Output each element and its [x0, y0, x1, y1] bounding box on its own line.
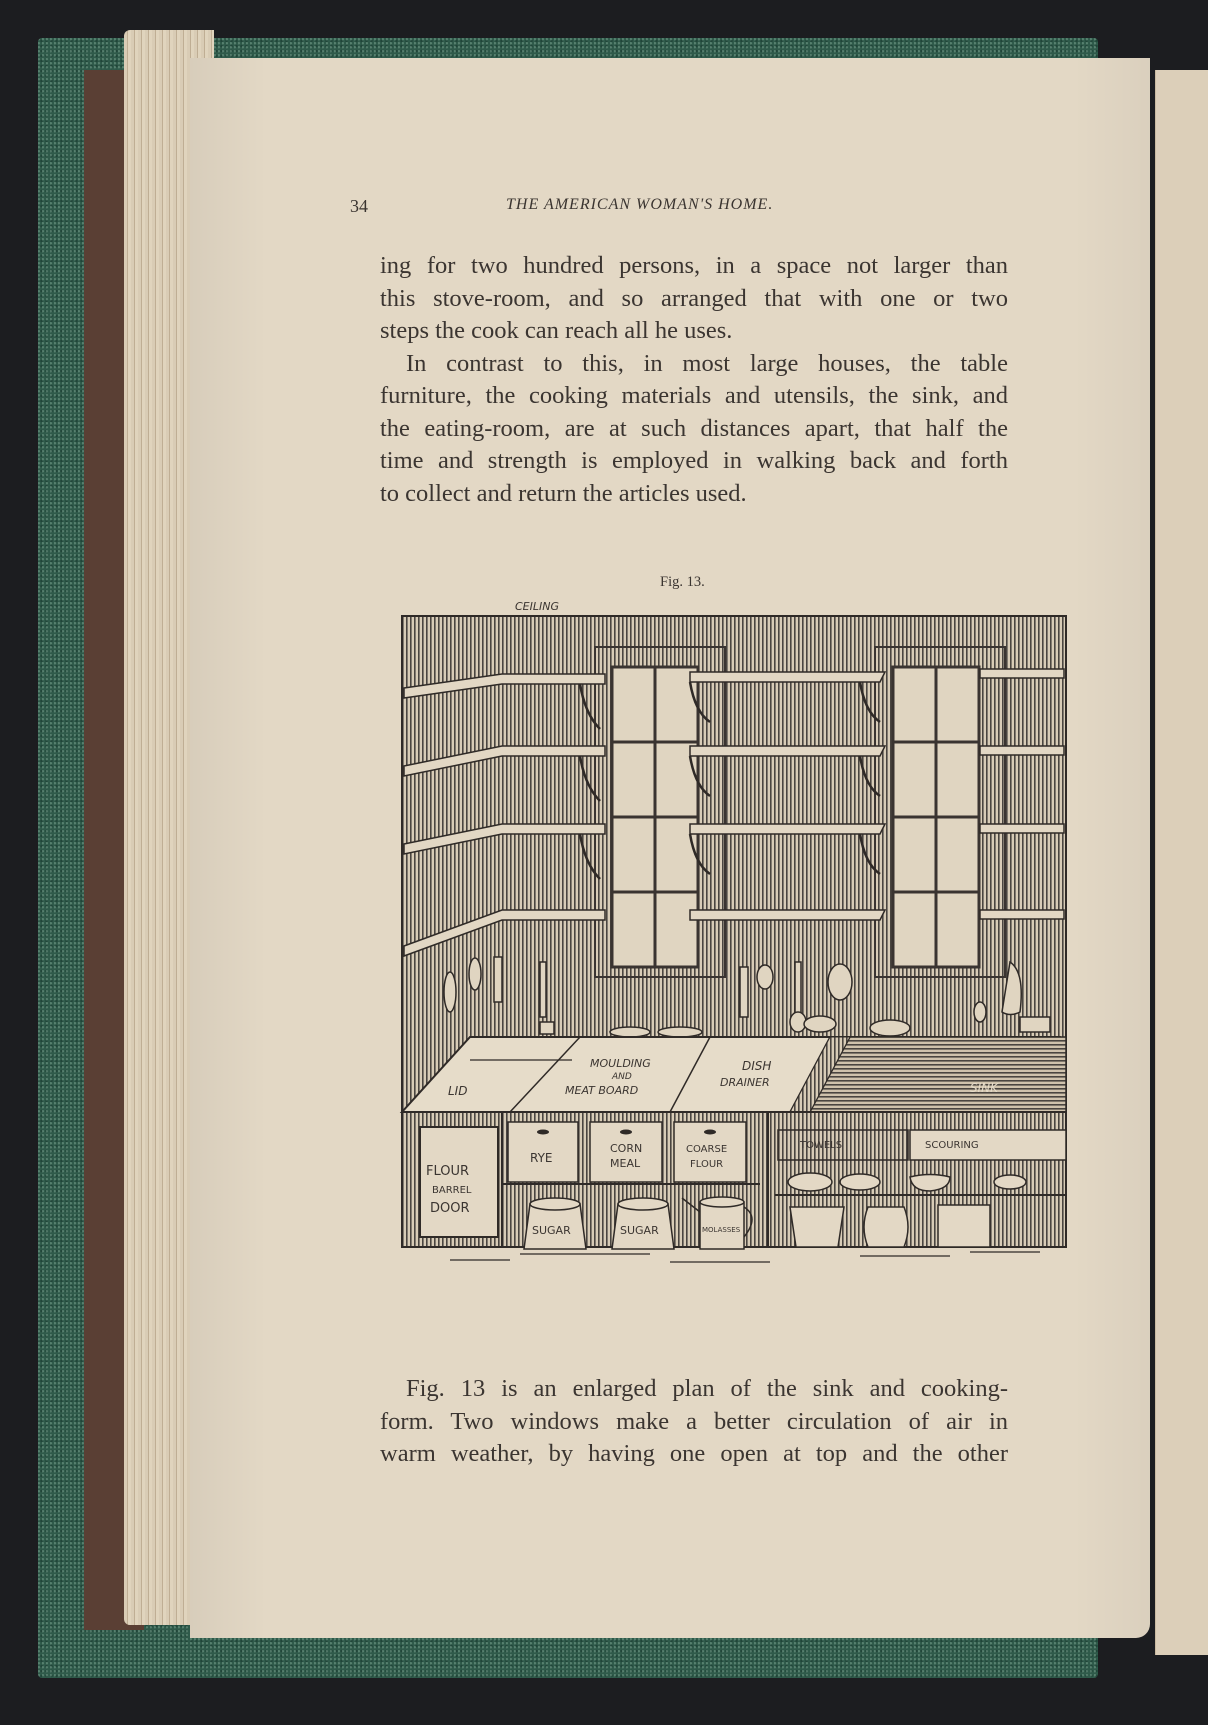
label-dish: DISH: [742, 1059, 771, 1073]
text-line: the eating-room, are at such distances a…: [380, 413, 1008, 446]
label-scouring: SCOURING: [925, 1140, 979, 1151]
text-line: warm weather, by having one open at top …: [380, 1438, 1008, 1471]
text-line: ing for two hundred persons, in a space …: [380, 250, 1008, 283]
label-meal: MEAL: [610, 1157, 641, 1170]
running-title: THE AMERICAN WOMAN'S HOME.: [506, 196, 773, 214]
next-page-edge: [1155, 70, 1208, 1655]
kitchen-illustration: CEILING: [390, 592, 1090, 1382]
label-molasses: MOLASSES: [702, 1226, 741, 1234]
text-line: this stove-room, and so arranged that wi…: [380, 283, 1008, 316]
text-line: time and strength is employed in walking…: [380, 445, 1008, 478]
label-ceiling: CEILING: [515, 600, 559, 613]
label-barrel: BARREL: [432, 1185, 472, 1196]
label-coarse-flour: FLOUR: [690, 1159, 723, 1170]
label-flour: FLOUR: [426, 1164, 469, 1179]
text-line: In contrast to this, in most large house…: [380, 348, 1008, 381]
label-lid: LID: [448, 1084, 467, 1098]
label-moulding: MOULDING: [590, 1057, 651, 1070]
label-rye: RYE: [530, 1151, 552, 1165]
label-drainer: DRAINER: [720, 1076, 770, 1089]
label-sugar-1: SUGAR: [532, 1224, 571, 1237]
label-meat-board: MEAT BOARD: [565, 1084, 638, 1097]
text-line: form. Two windows make a better circulat…: [380, 1406, 1008, 1439]
page-number: 34: [350, 196, 368, 217]
label-sugar-2: SUGAR: [620, 1224, 659, 1237]
running-head: 34 THE AMERICAN WOMAN'S HOME.: [350, 196, 1000, 222]
label-towels: TOWELS: [799, 1140, 842, 1151]
body-text-bottom: Fig. 13 is an enlarged plan of the sink …: [380, 1373, 1008, 1471]
label-moulding-and: AND: [611, 1072, 632, 1082]
label-corn: CORN: [610, 1142, 642, 1155]
label-door: DOOR: [430, 1201, 470, 1216]
text-line: to collect and return the articles used.: [380, 478, 1008, 511]
text-line: furniture, the cooking materials and ute…: [380, 380, 1008, 413]
label-coarse: COARSE: [686, 1144, 727, 1155]
body-text-top: ing for two hundred persons, in a space …: [380, 250, 1008, 510]
text-line: steps the cook can reach all he uses.: [380, 315, 1008, 348]
label-sink: SINK: [970, 1081, 999, 1095]
text-line: Fig. 13 is an enlarged plan of the sink …: [380, 1373, 1008, 1406]
figure-caption: Fig. 13.: [660, 574, 705, 591]
